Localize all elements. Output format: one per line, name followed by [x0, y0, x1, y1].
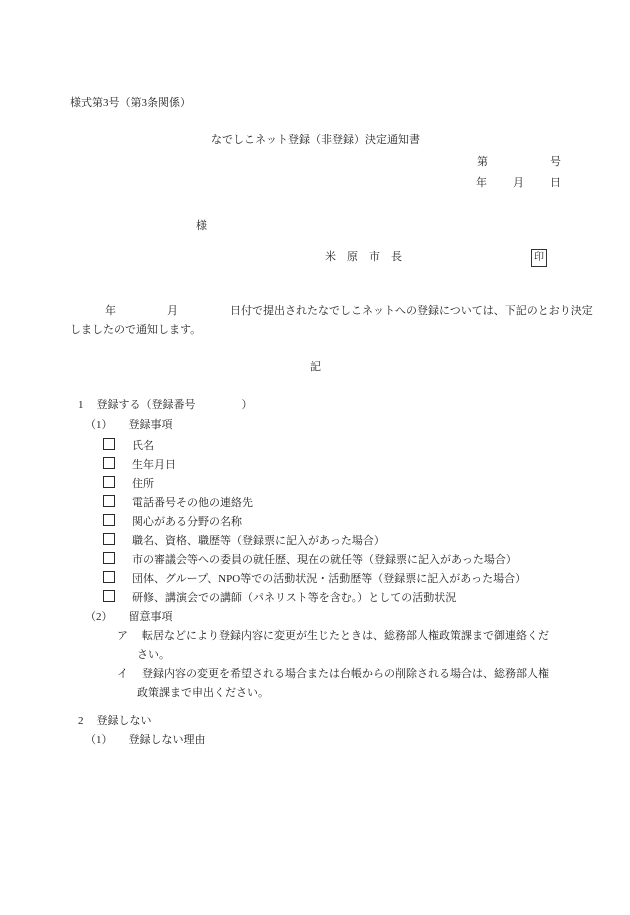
checkbox-icon [103, 533, 115, 545]
body-indent [70, 313, 105, 314]
no-registration-reason-heading: （1）登録しない理由 [85, 731, 561, 750]
date-year-blank [487, 185, 513, 186]
section-2-sub1-label: 登録しない理由 [129, 734, 206, 746]
checkbox-icon [103, 514, 115, 526]
note-a-line2: さい。 [137, 649, 170, 661]
sub1-number: （1） [85, 419, 113, 431]
checkbox-item-label: 研修、講演会での講師（パネリスト等を含む。）としての活動状況 [132, 592, 456, 604]
checkbox-item-label: 生年月日 [132, 459, 176, 471]
issue-date-line: 年月日 [70, 174, 561, 193]
checkbox-icon [103, 590, 115, 602]
sub2-label: 留意事項 [129, 611, 173, 623]
sub1-label: 登録事項 [129, 419, 173, 431]
checkbox-item: 団体、グループ、NPO等での活動状況・活動歴等（登録票に記入があった場合） [103, 570, 561, 589]
doc-number-suffix: 号 [550, 156, 561, 168]
form-number-note: 様式第3号（第3条関係） [70, 94, 561, 113]
body-text-line2: しましたので通知します。 [70, 324, 201, 336]
section-2-title: 登録しない [97, 715, 152, 727]
section-1-number: 1 [78, 399, 84, 411]
note-item-b: イ登録内容の変更を希望される場合または台帳からの削除される場合は、総務部人権政策… [70, 665, 561, 703]
checkbox-icon [103, 457, 115, 469]
date-day-label: 日 [550, 177, 561, 189]
body-month-blank [178, 313, 230, 314]
checkbox-item: 生年月日 [103, 456, 561, 475]
checkbox-item: 氏名 [103, 437, 561, 456]
checkbox-icon [103, 438, 115, 450]
sender-line: 米 原 市 長 印 [70, 248, 561, 267]
note-b-line1: 登録内容の変更を希望される場合または台帳からの削除される場合は、総務部人権 [142, 668, 549, 680]
section-2-number: 2 [78, 715, 84, 727]
note-b-line2: 政策課まで申出ください。 [137, 687, 269, 699]
checkbox-item: 電話番号その他の連絡先 [103, 494, 561, 513]
note-b-marker: イ [117, 668, 128, 680]
checkbox-icon [103, 476, 115, 488]
checkbox-item-label: 電話番号その他の連絡先 [132, 497, 253, 509]
body-month-label: 月 [167, 305, 178, 317]
checkbox-item: 市の審議会等への委員の就任歴、現在の就任等（登録票に記入があった場合） [103, 551, 561, 570]
body-text-line1: 日付で提出されたなでしこネットへの登録については、下記のとおり決定 [230, 305, 593, 317]
doc-number-blank [488, 164, 550, 165]
spacer [84, 723, 97, 724]
body-year-blank [116, 313, 167, 314]
checkbox-item: 関心がある分野の名称 [103, 513, 561, 532]
checkbox-item-label: 関心がある分野の名称 [132, 516, 242, 528]
checkbox-item-label: 職名、資格、職歴等（登録票に記入があった場合） [132, 535, 385, 547]
checkbox-item: 職名、資格、職歴等（登録票に記入があった場合） [103, 532, 561, 551]
spacer [113, 619, 129, 620]
spacer [113, 742, 129, 743]
spacer [128, 638, 142, 639]
checkbox-icon [103, 552, 115, 564]
document-page: 様式第3号（第3条関係） なでしこネット登録（非登録）決定通知書 第号 年月日 … [0, 0, 630, 915]
spacer [113, 427, 129, 428]
note-a-line1: 転居などにより登録内容に変更が生じたときは、総務部人権政策課まで御連絡くだ [142, 630, 549, 642]
checkbox-icon [103, 571, 115, 583]
section-1-heading: 1登録する（登録番号） [78, 396, 561, 415]
section-2-sub1-number: （1） [85, 734, 113, 746]
checkbox-item-label: 住所 [132, 478, 154, 490]
record-marker: 記 [70, 358, 561, 377]
checkbox-item-label: 氏名 [132, 440, 154, 452]
registration-number-blank [196, 407, 242, 408]
date-year-label: 年 [476, 177, 487, 189]
spacer [128, 676, 142, 677]
section-2-heading: 2登録しない [78, 712, 561, 731]
checkbox-item: 研修、講演会での講師（パネリスト等を含む。）としての活動状況 [103, 589, 561, 608]
checkbox-item: 住所 [103, 475, 561, 494]
note-a-marker: ア [117, 630, 128, 642]
document-title: なでしこネット登録（非登録）決定通知書 [70, 131, 561, 150]
registration-items-heading: （1）登録事項 [85, 416, 561, 435]
doc-number-prefix: 第 [477, 156, 488, 168]
date-month-label: 月 [513, 177, 524, 189]
section-1-title-close: ） [242, 399, 253, 411]
addressee-suffix: 様 [196, 220, 207, 232]
checkbox-icon [103, 495, 115, 507]
checkbox-item-label: 市の審議会等への委員の就任歴、現在の就任等（登録票に記入があった場合） [132, 554, 517, 566]
spacer [84, 407, 97, 408]
date-month-blank [524, 185, 550, 186]
document-number-line: 第号 [70, 153, 561, 172]
seal-stamp-box: 印 [531, 249, 547, 267]
body-year-label: 年 [105, 305, 116, 317]
notes-heading: （2）留意事項 [85, 608, 561, 627]
body-paragraph: 年月日付で提出されたなでしこネットへの登録については、下記のとおり決定しましたの… [70, 302, 561, 340]
sub2-number: （2） [85, 611, 113, 623]
note-item-a: ア転居などにより登録内容に変更が生じたときは、総務部人権政策課まで御連絡ください… [70, 627, 561, 665]
sender-name: 米 原 市 長 [325, 251, 402, 263]
checkbox-item-label: 団体、グループ、NPO等での活動状況・活動歴等（登録票に記入があった場合） [132, 573, 526, 585]
section-1-title: 登録する（登録番号 [97, 399, 196, 411]
addressee-line: 様 [196, 217, 561, 236]
